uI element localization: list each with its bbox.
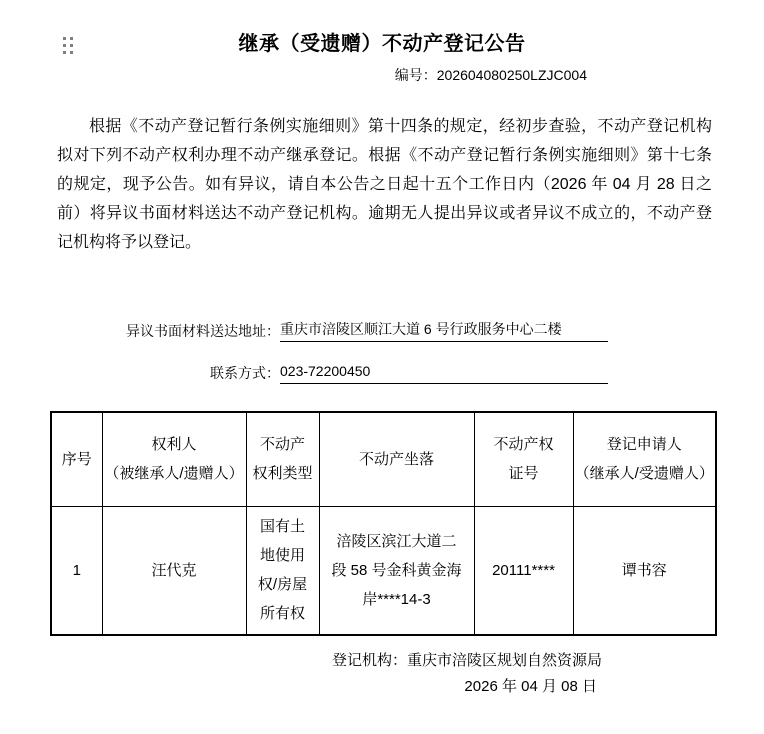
page-title: 继承（受遗赠）不动产登记公告 bbox=[0, 0, 764, 57]
dot bbox=[63, 51, 66, 54]
cell-holder: 汪代克 bbox=[102, 506, 246, 635]
objection-address-field: 异议书面材料送达地址：重庆市涪陵区顺江大道 6 号行政服务中心二楼 bbox=[57, 313, 764, 342]
table-header-row: 序号 权利人 （被继承人/遗赠人） 不动产 权利类型 不动产坐落 不动产权 证号… bbox=[51, 412, 716, 506]
footer: 登记机构：重庆市涪陵区规划自然资源局 2026 年 04 月 08 日 bbox=[0, 648, 764, 700]
cell-seq: 1 bbox=[51, 506, 102, 635]
objection-address-label: 异议书面材料送达地址： bbox=[57, 320, 280, 342]
header-holder: 权利人 （被继承人/遗赠人） bbox=[102, 412, 246, 506]
drag-handle-icon[interactable] bbox=[63, 37, 73, 54]
dot bbox=[70, 44, 73, 47]
dot bbox=[70, 51, 73, 54]
cell-applicant: 谭书容 bbox=[573, 506, 716, 635]
contact-phone-field: 联系方式：023-72200450 bbox=[57, 355, 764, 384]
dot bbox=[70, 37, 73, 40]
doc-number-label: 编号： bbox=[395, 67, 437, 83]
header-seq: 序号 bbox=[51, 412, 102, 506]
contact-fields: 异议书面材料送达地址：重庆市涪陵区顺江大道 6 号行政服务中心二楼 联系方式：0… bbox=[0, 313, 764, 384]
objection-address-value: 重庆市涪陵区顺江大道 6 号行政服务中心二楼 bbox=[280, 318, 608, 342]
header-cert-no: 不动产权 证号 bbox=[474, 412, 573, 506]
header-applicant: 登记申请人 （继承人/受遗赠人） bbox=[573, 412, 716, 506]
doc-number-line: 编号：202604080250LZJC004 bbox=[0, 66, 764, 84]
header-right-type: 不动产 权利类型 bbox=[246, 412, 319, 506]
doc-number-value: 202604080250LZJC004 bbox=[437, 67, 587, 83]
cell-location: 涪陵区滨江大道二 段 58 号金科黄金海 岸****14-3 bbox=[319, 506, 474, 635]
table-row: 1 汪代克 国有土 地使用 权/房屋 所有权 涪陵区滨江大道二 段 58 号金科… bbox=[51, 506, 716, 635]
registration-agency: 登记机构：重庆市涪陵区规划自然资源局 bbox=[0, 648, 764, 674]
contact-phone-label: 联系方式： bbox=[57, 362, 280, 384]
announcement-date: 2026 年 04 月 08 日 bbox=[0, 674, 764, 700]
header-location: 不动产坐落 bbox=[319, 412, 474, 506]
dot bbox=[63, 44, 66, 47]
notice-paragraph: 根据《不动产登记暂行条例实施细则》第十四条的规定，经初步查验，不动产登记机构拟对… bbox=[57, 112, 712, 257]
dot bbox=[63, 37, 66, 40]
cell-cert-no: 20111**** bbox=[474, 506, 573, 635]
registration-table: 序号 权利人 （被继承人/遗赠人） 不动产 权利类型 不动产坐落 不动产权 证号… bbox=[50, 411, 717, 636]
contact-phone-value: 023-72200450 bbox=[280, 360, 608, 384]
cell-right-type: 国有土 地使用 权/房屋 所有权 bbox=[246, 506, 319, 635]
